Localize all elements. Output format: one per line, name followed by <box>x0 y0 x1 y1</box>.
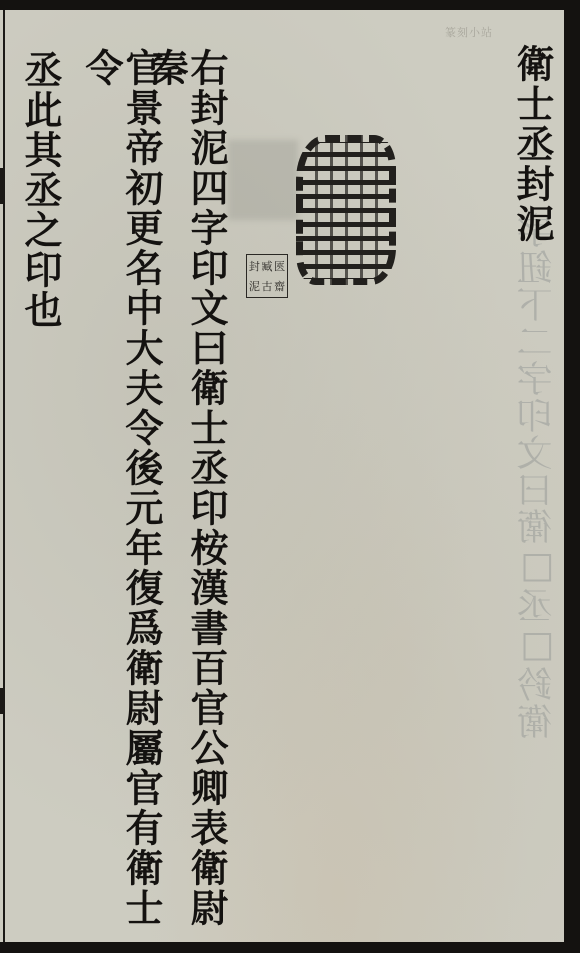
seal-char: 泥 <box>248 281 261 292</box>
text-column-3: 丞此其丞之印也 <box>20 50 60 330</box>
seal-char: 匧 <box>273 261 286 272</box>
seal-char: 古 <box>261 281 274 292</box>
seal-char: 封 <box>248 261 261 272</box>
bleed-through-text: 字鈕下二字印文曰衛□丞□鈐衛 <box>518 212 558 740</box>
page-title: 衛士丞封泥 <box>512 44 552 244</box>
seal-impression-icon <box>296 135 396 285</box>
left-border-mark <box>0 168 4 204</box>
left-border-mark-lower <box>0 688 4 714</box>
left-border-rule <box>3 10 5 942</box>
collector-seal: 匧 臧 封 齋 古 泥 <box>246 254 288 298</box>
seal-bleed-through <box>228 140 298 220</box>
seal-char: 齋 <box>273 281 286 292</box>
text-column-2: 官景帝初更名中大夫令後元年復爲衛尉屬官有衛士令 <box>81 48 161 953</box>
book-page: 篆刻小站 字鈕下二字印文曰衛□丞□鈐衛 衛士丞封泥 匧 臧 封 齋 古 泥 右封… <box>0 0 580 953</box>
seal-char: 臧 <box>261 261 274 272</box>
watermark: 篆刻小站 <box>445 24 493 40</box>
